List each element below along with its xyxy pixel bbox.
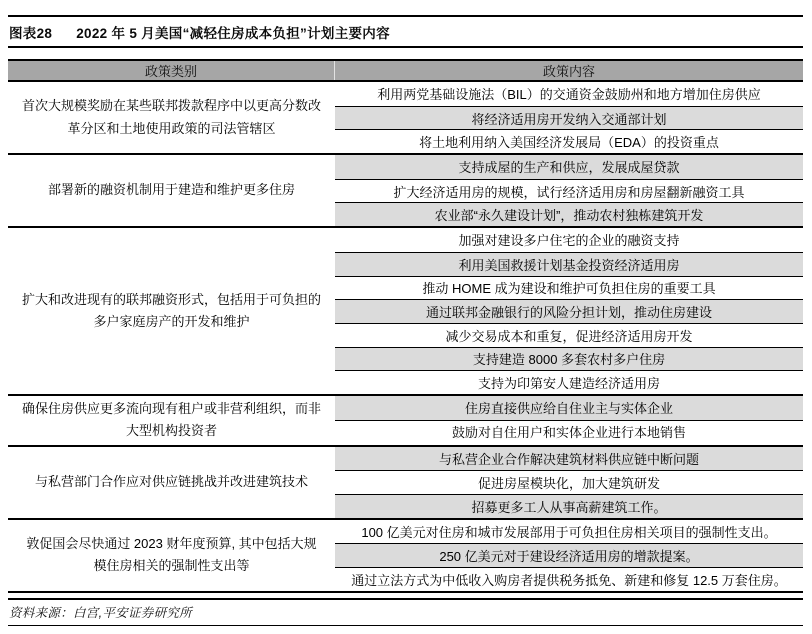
table-header-row: 政策类别 政策内容: [8, 59, 803, 82]
policy-content-cell: 100 亿美元对住房和城市发展部用于可负担住房相关项目的强制性支出。: [335, 520, 803, 544]
policy-items-column: 100 亿美元对住房和城市发展部用于可负担住房相关项目的强制性支出。 250 亿…: [335, 520, 803, 591]
figure-title-text: 2022 年 5 月美国“减轻住房成本负担”计划主要内容: [76, 26, 390, 41]
policy-content-cell: 支持建造 8000 多套农村多户住房: [335, 347, 803, 371]
policy-group-federal-financing: 扩大和改进现有的联邦融资形式，包括用于可负担的多户家庭房产的开发和维护 加强对建…: [8, 228, 803, 396]
figure-label: 图表28: [9, 26, 52, 41]
policy-group-private-sector: 与私营部门合作应对供应链挑战并改进建筑技术 与私营企业合作解决建筑材料供应链中断…: [8, 447, 803, 520]
policy-category-cell: 扩大和改进现有的联邦融资形式，包括用于可负担的多户家庭房产的开发和维护: [8, 228, 335, 394]
policy-items-column: 加强对建设多户住宅的企业的融资支持 利用美国救援计划基金投资经济适用房 推动 H…: [335, 228, 803, 394]
policy-content-cell: 通过立法方式为中低收入购房者提供税务抵免、新建和修复 12.5 万套住房。: [335, 567, 803, 591]
report-page: 图表282022 年 5 月美国“减轻住房成本负担”计划主要内容 政策类别 政策…: [0, 0, 812, 634]
policy-items-column: 利用两党基础设施法（BIL）的交通资金鼓励州和地方增加住房供应 将经济适用房开发…: [335, 82, 803, 153]
policy-content-cell: 通过联邦金融银行的风险分担计划，推动住房建设: [335, 299, 803, 323]
policy-content-cell: 加强对建设多户住宅的企业的融资支持: [335, 228, 803, 252]
policy-items-column: 与私营企业合作解决建筑材料供应链中断问题 促进房屋模块化，加大建筑研发 招募更多…: [335, 447, 803, 518]
policy-content-cell: 农业部“永久建设计划”，推动农村独栋建筑开发: [335, 202, 803, 226]
policy-content-cell: 促进房屋模块化，加大建筑研发: [335, 470, 803, 494]
policy-content-cell: 利用美国救援计划基金投资经济适用房: [335, 252, 803, 276]
policy-group-zoning: 首次大规模奖励在某些联邦拨款程序中以更高分数改革分区和土地使用政策的司法管辖区 …: [8, 82, 803, 155]
policy-content-cell: 利用两党基础设施法（BIL）的交通资金鼓励州和地方增加住房供应: [335, 82, 803, 106]
policy-group-financing-mechanisms: 部署新的融资机制用于建造和维护更多住房 支持成屋的生产和供应，发展成屋贷款 扩大…: [8, 155, 803, 228]
policy-group-supply-to-tenants: 确保住房供应更多流向现有租户或非营利组织，而非大型机构投资者 住房直接供应给自住…: [8, 396, 803, 447]
policy-content-cell: 将经济适用房开发纳入交通部计划: [335, 106, 803, 130]
policy-category-cell: 与私营部门合作应对供应链挑战并改进建筑技术: [8, 447, 335, 518]
source-note: 资料来源：白宫,平安证券研究所: [8, 598, 803, 626]
policy-category-cell: 部署新的融资机制用于建造和维护更多住房: [8, 155, 335, 226]
figure-title: 图表282022 年 5 月美国“减轻住房成本负担”计划主要内容: [8, 17, 803, 46]
policy-items-column: 支持成屋的生产和供应，发展成屋贷款 扩大经济适用房的规模，试行经济适用房和房屋翻…: [335, 155, 803, 226]
policy-content-cell: 与私营企业合作解决建筑材料供应链中断问题: [335, 447, 803, 471]
column-header-category: 政策类别: [8, 61, 335, 80]
policy-group-budget: 敦促国会尽快通过 2023 财年度预算, 其中包括大规模住房相关的强制性支出等 …: [8, 520, 803, 593]
policy-content-cell: 鼓励对自住用户和实体企业进行本地销售: [335, 420, 803, 444]
policy-content-cell: 扩大经济适用房的规模，试行经济适用房和房屋翻新融资工具: [335, 179, 803, 203]
policy-content-cell: 减少交易成本和重复，促进经济适用房开发: [335, 323, 803, 347]
policy-content-cell: 招募更多工人从事高薪建筑工作。: [335, 494, 803, 518]
policy-category-cell: 确保住房供应更多流向现有租户或非营利组织，而非大型机构投资者: [8, 396, 335, 445]
policy-content-cell: 250 亿美元对于建设经济适用房的增款提案。: [335, 543, 803, 567]
policy-content-cell: 将土地利用纳入美国经济发展局（EDA）的投资重点: [335, 129, 803, 153]
policy-content-cell: 推动 HOME 成为建设和维护可负担住房的重要工具: [335, 276, 803, 300]
policy-items-column: 住房直接供应给自住业主与实体企业 鼓励对自住用户和实体企业进行本地销售: [335, 396, 803, 445]
policy-content-cell: 支持成屋的生产和供应，发展成屋贷款: [335, 155, 803, 179]
title-divider: [8, 46, 803, 48]
column-header-content: 政策内容: [335, 61, 803, 80]
policy-content-cell: 支持为印第安人建造经济适用房: [335, 370, 803, 394]
policy-content-cell: 住房直接供应给自住业主与实体企业: [335, 396, 803, 420]
policy-category-cell: 敦促国会尽快通过 2023 财年度预算, 其中包括大规模住房相关的强制性支出等: [8, 520, 335, 591]
policy-table: 政策类别 政策内容 首次大规模奖励在某些联邦拨款程序中以更高分数改革分区和土地使…: [8, 59, 803, 593]
policy-category-cell: 首次大规模奖励在某些联邦拨款程序中以更高分数改革分区和土地使用政策的司法管辖区: [8, 82, 335, 153]
